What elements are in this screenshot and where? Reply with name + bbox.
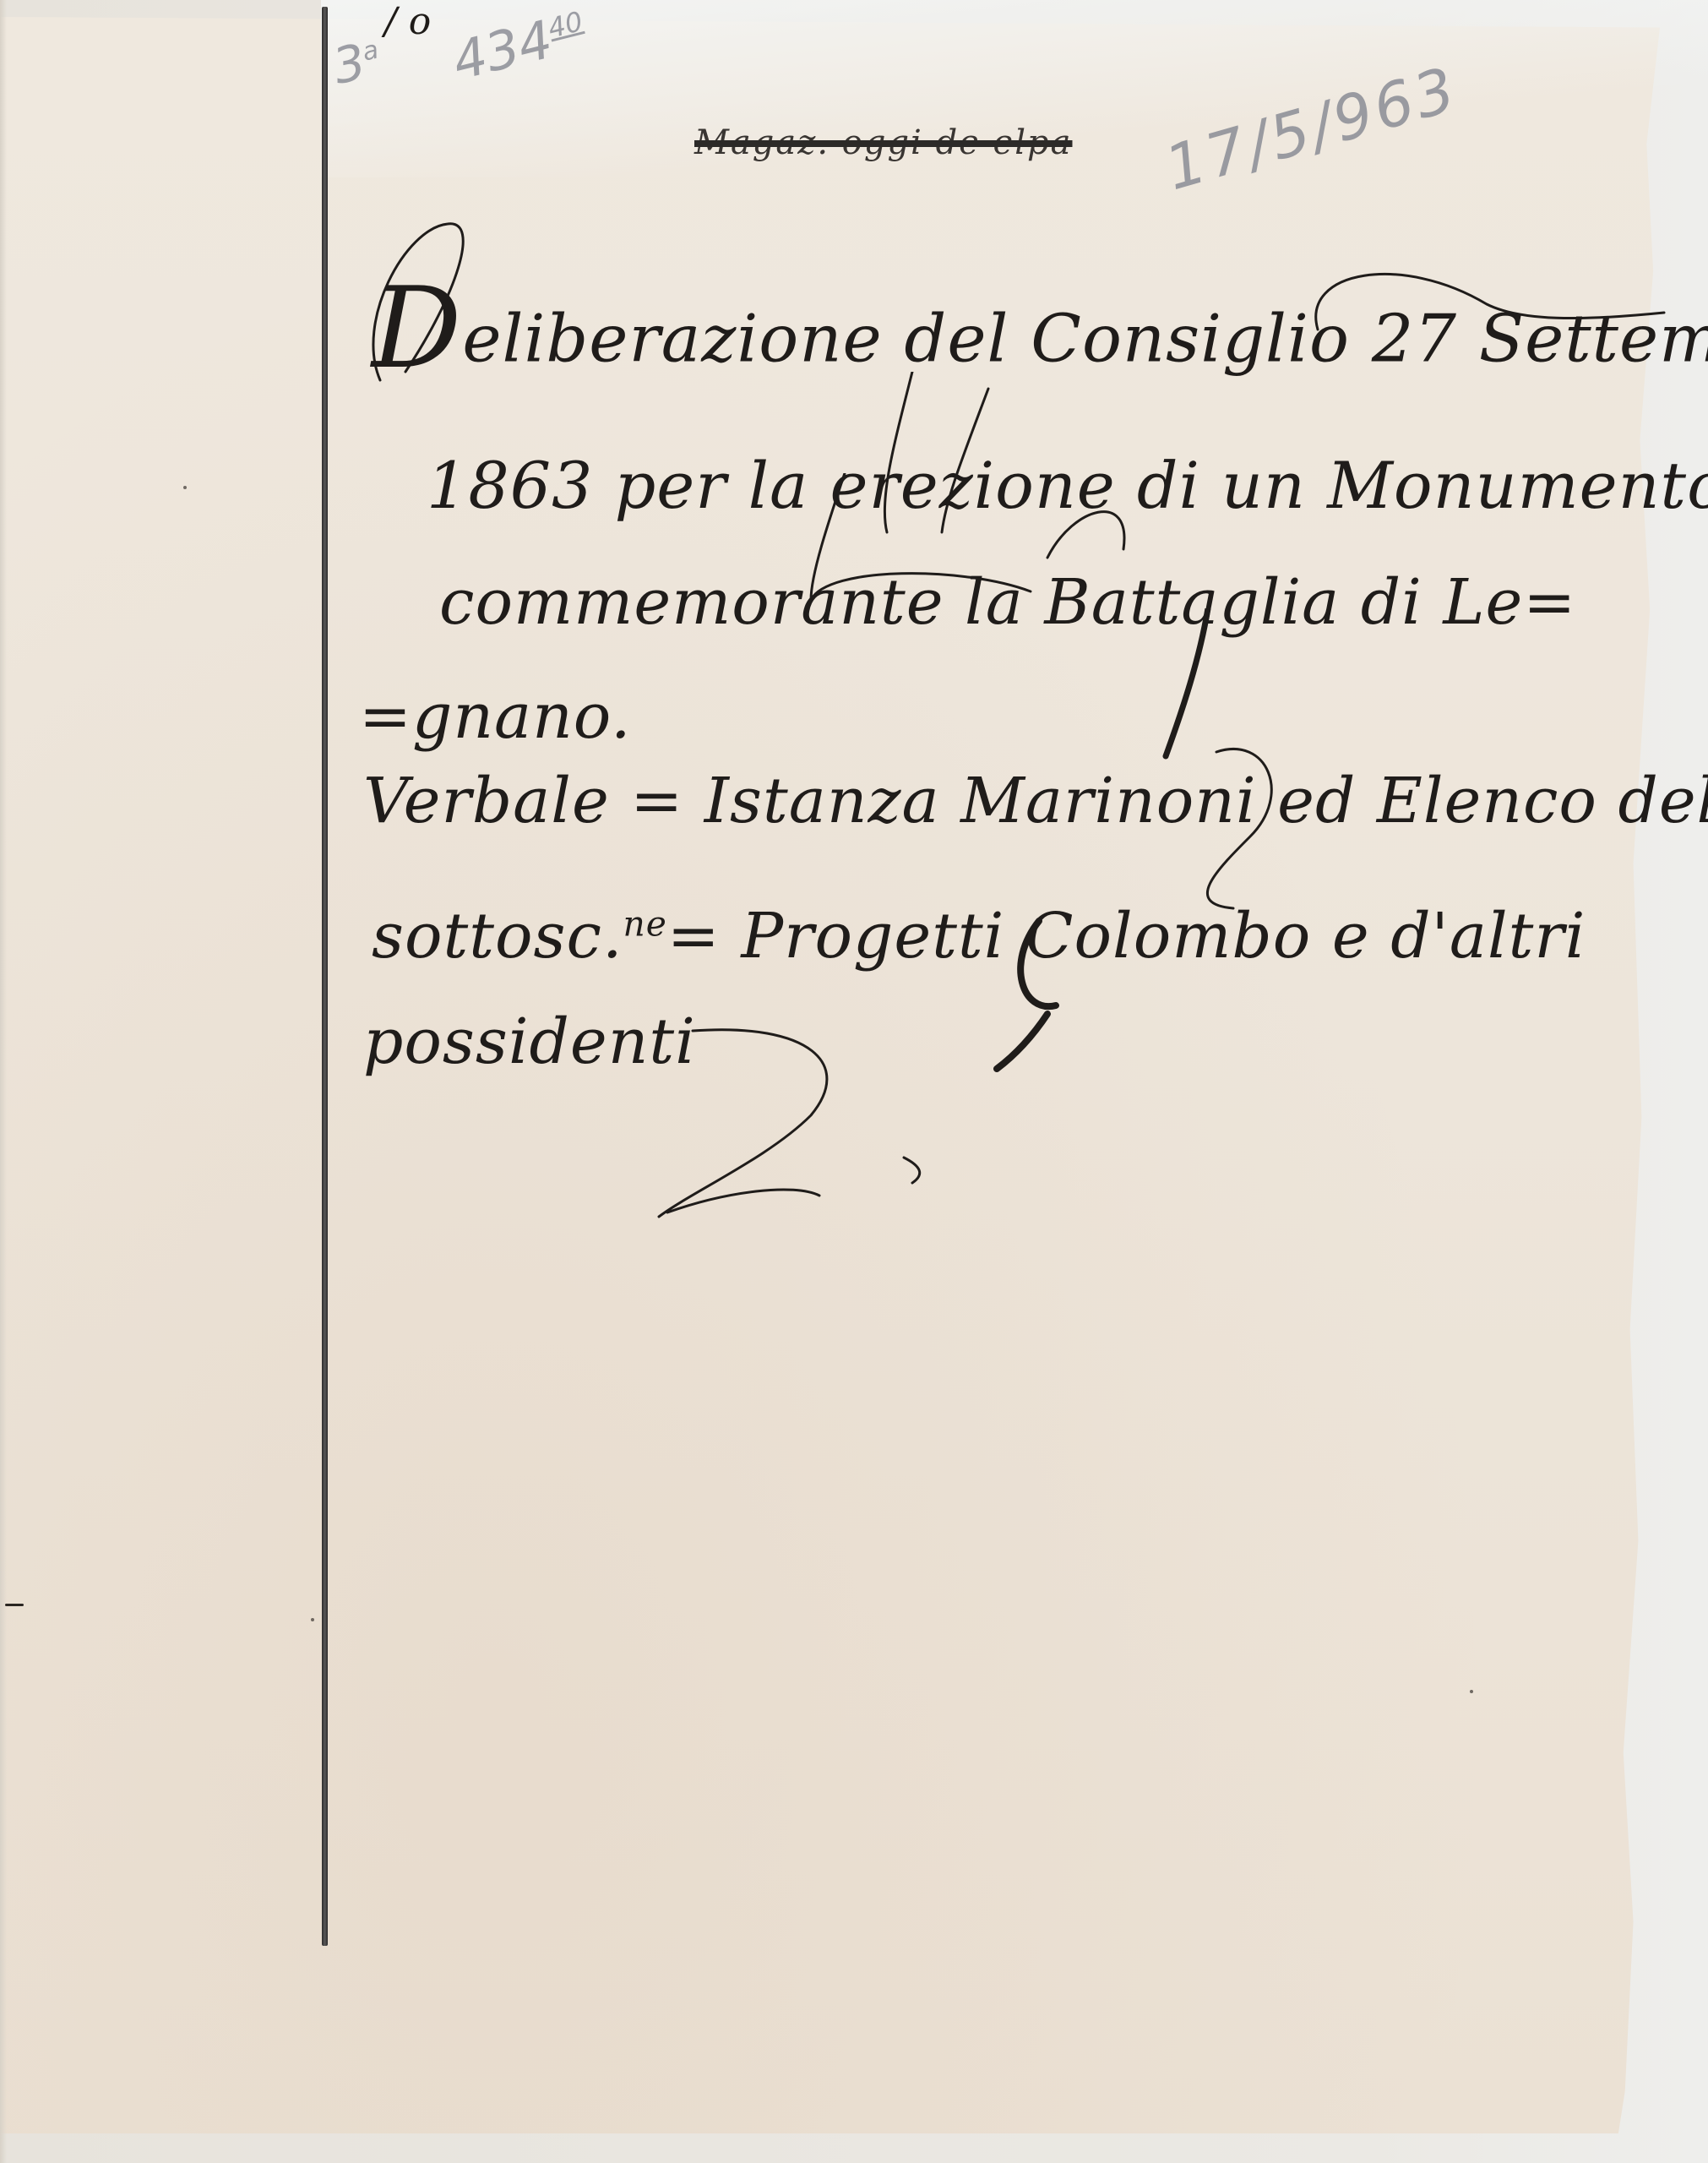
line-text: =gnano. xyxy=(359,680,632,753)
manuscript-line-7: possidenti xyxy=(363,1005,696,1078)
manuscript-line-1: Deliberazione del Consiglio 27 Settembre xyxy=(372,296,1708,377)
line-text: eliberazione del Consiglio 27 Settembre xyxy=(462,301,1708,377)
line-text: possidenti xyxy=(363,1005,696,1078)
manuscript-line-2: 1863 per la erezione di un Monumento xyxy=(427,448,1708,523)
paper-speck xyxy=(183,486,187,489)
document-scan: / o 3a 43440 17/5/963 Magaz. oggi de elp… xyxy=(0,0,1708,2163)
line-text: 1863 per la erezione di un Monumento xyxy=(427,448,1708,523)
line-text: Verbale = Istanza Marinoni ed Elenco del… xyxy=(363,765,1708,837)
line-text: sottosc. xyxy=(372,900,623,973)
manuscript-body: Deliberazione del Consiglio 27 Settembre… xyxy=(0,0,1708,2163)
paper-speck xyxy=(311,1618,314,1621)
manuscript-line-6: sottosc.ne= Progetti Colombo e d'altri xyxy=(372,900,1586,973)
line-text: commemorante la Battaglia di Le= xyxy=(439,566,1576,639)
abbreviation-superscript: ne xyxy=(623,903,667,944)
manuscript-line-4: =gnano. xyxy=(359,680,632,753)
ornate-drop-cap: D xyxy=(372,264,462,394)
manuscript-line-5: Verbale = Istanza Marinoni ed Elenco del… xyxy=(363,765,1708,837)
manuscript-line-3: commemorante la Battaglia di Le= xyxy=(439,566,1576,639)
line-text-after: = Progetti Colombo e d'altri xyxy=(667,900,1586,973)
paper-speck xyxy=(1470,1690,1473,1693)
